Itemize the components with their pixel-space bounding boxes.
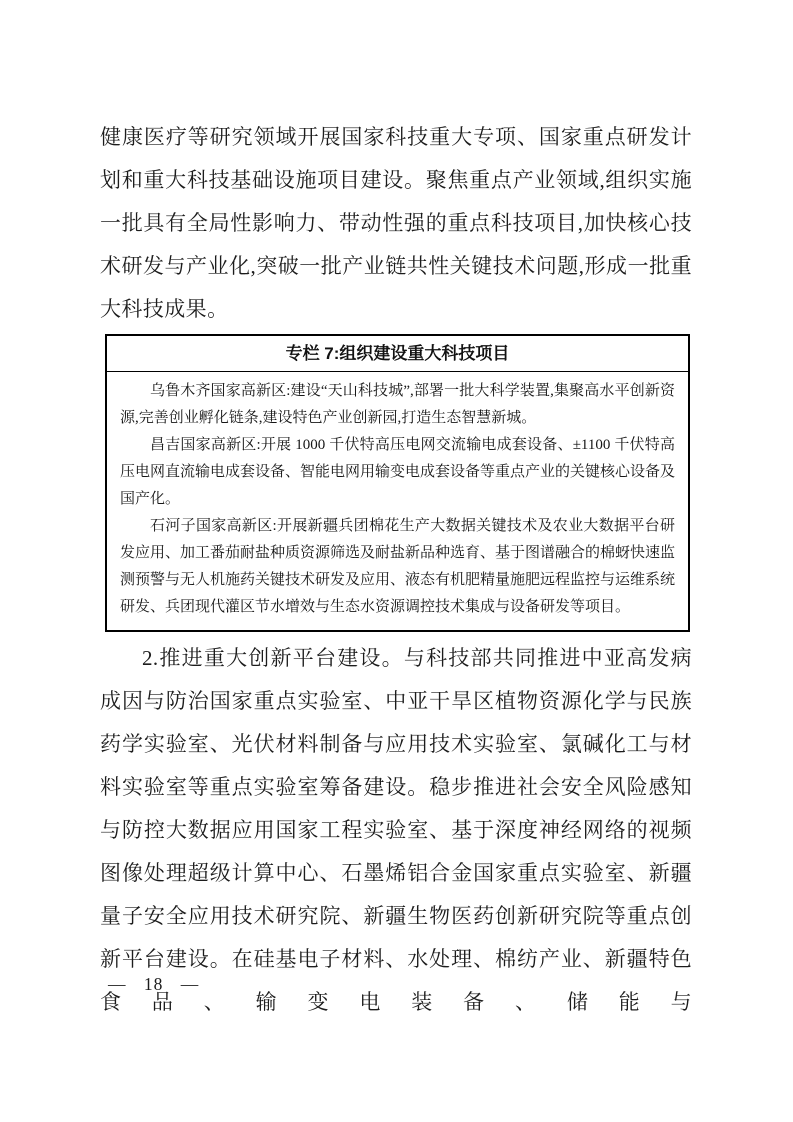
body-paragraph-2: 2.推进重大创新平台建设。与科技部共同推进中亚高发病成因与防治国家重点实验室、中… (100, 637, 692, 1024)
special-column-box: 专栏 7:组织建设重大科技项目 乌鲁木齐国家高新区:建设“天山科技城”,部署一批… (105, 334, 690, 632)
body-paragraph-1: 健康医疗等研究领域开展国家科技重大专项、国家重点研发计划和重大科技基础设施项目建… (100, 116, 692, 331)
paragraph-2-body: 与科技部共同推进中亚高发病成因与防治国家重点实验室、中亚干旱区植物资源化学与民族… (100, 646, 692, 1014)
page-number: — 18 — (108, 974, 199, 995)
column-box-body: 乌鲁木齐国家高新区:建设“天山科技城”,部署一批大科学装置,集聚高水平创新资源,… (107, 372, 688, 630)
box-paragraph-shihezi: 石河子国家高新区:开展新疆兵团棉花生产大数据关键技术及农业大数据平台研发应用、加… (120, 513, 675, 621)
paragraph-2-lead: 2.推进重大创新平台建设。 (142, 646, 404, 670)
box-paragraph-changji: 昌吉国家高新区:开展 1000 千伏特高压电网交流输电成套设备、±1100 千伏… (120, 432, 675, 513)
text-column: 健康医疗等研究领域开展国家科技重大专项、国家重点研发计划和重大科技基础设施项目建… (100, 0, 692, 1024)
document-page: 健康医疗等研究领域开展国家科技重大专项、国家重点研发计划和重大科技基础设施项目建… (0, 0, 793, 1122)
box-paragraph-urumqi: 乌鲁木齐国家高新区:建设“天山科技城”,部署一批大科学装置,集聚高水平创新资源,… (120, 378, 675, 432)
column-box-title: 专栏 7:组织建设重大科技项目 (107, 336, 688, 372)
